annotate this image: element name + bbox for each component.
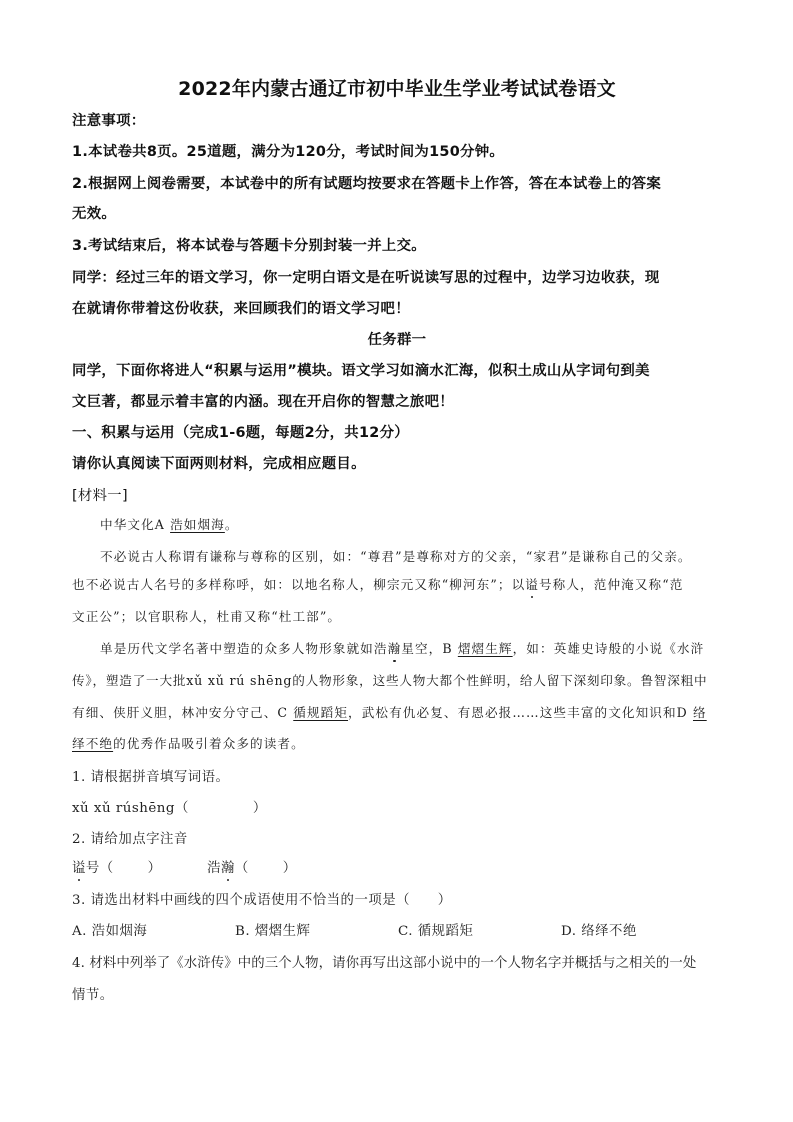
page-title: 2022年内蒙古通辽市初中毕业生学业考试试卷语文 bbox=[72, 74, 722, 101]
question-1-answer-line: xǔ xǔ rúshēng（） bbox=[72, 797, 267, 816]
text: （ bbox=[235, 861, 249, 876]
notice-heading: 注意事项： bbox=[72, 109, 145, 130]
section-heading: 一、积累与运用（完成1-6题，每题2分，共12分） bbox=[72, 421, 409, 442]
option-a[interactable]: A. 浩如烟海 bbox=[72, 920, 147, 939]
idiom-a: 浩如烟海 bbox=[170, 517, 225, 532]
close-paren: ） bbox=[253, 801, 267, 816]
task-group-heading: 任务群一 bbox=[72, 328, 722, 349]
notice-item-3: 3.考试结束后，将本试卷与答题卡分别封装一并上交。 bbox=[72, 234, 426, 255]
notice-item-1: 1.本试卷共8页。25道题，满分为120分，考试时间为150分钟。 bbox=[72, 140, 504, 161]
text: 有细、侠肝义胆，林冲安分守己、C bbox=[72, 705, 293, 720]
intro-line-1: 同学：经过三年的语文学习，你一定明白语文是在听说读写思的过程中，边学习边收获，现 bbox=[72, 266, 660, 287]
task-group-intro-2: 文巨著，都显示着丰富的内涵。现在开启你的智慧之旅吧！ bbox=[72, 390, 454, 411]
material-p1-prefix: 中华文化A bbox=[100, 517, 170, 532]
material-p1-suffix: 。 bbox=[225, 517, 239, 532]
text: 星空，B bbox=[401, 641, 458, 656]
material-p3-line1: 单是历代文学名著中塑造的众多人物形象就如浩瀚星空，B 熠熠生辉，如：英雄史诗般的… bbox=[72, 638, 704, 657]
question-2-items: 谥号（） 浩瀚（） bbox=[72, 857, 297, 876]
text: ，武松有仇必复、有恩必报……这些丰富的文化知识和D bbox=[348, 705, 693, 720]
emphasis-char: 谥 bbox=[72, 857, 86, 876]
text: ，如：英雄史诗般的小说《水浒 bbox=[513, 641, 705, 656]
option-b[interactable]: B. 熠熠生辉 bbox=[235, 920, 310, 939]
question-3-options: A. 浩如烟海 B. 熠熠生辉 C. 循规蹈矩 D. 络绎不绝 bbox=[72, 920, 722, 940]
notice-item-2-cont: 无效。 bbox=[72, 202, 116, 223]
idiom-c: 循规蹈矩 bbox=[293, 705, 348, 720]
text: 浩 bbox=[207, 861, 221, 876]
idiom-d-part1: 络 bbox=[693, 705, 707, 720]
material-p2-line3: 文正公”；以官职称人，杜甫又称“杜工部”。 bbox=[72, 606, 341, 625]
question-2-prompt: 2. 请给加点字注音 bbox=[72, 828, 188, 847]
close-paren: ） bbox=[148, 861, 162, 876]
material-label: [材料一] bbox=[72, 484, 128, 505]
emphasis-char: 谥 bbox=[525, 574, 539, 593]
section-instruction: 请你认真阅读下面两则材料，完成相应题目。 bbox=[72, 452, 366, 473]
material-p3-line3: 有细、侠肝义胆，林冲安分守己、C 循规蹈矩，武松有仇必复、有恩必报……这些丰富的… bbox=[72, 702, 707, 721]
material-p2-line1: 不必说古人称谓有谦称与尊称的区别，如：“尊君”是尊称对方的父亲，“家君”是谦称自… bbox=[72, 546, 692, 565]
text: 单是历代文学名著中塑造的众多人物形象就如浩 bbox=[100, 641, 388, 656]
option-d[interactable]: D. 络绎不绝 bbox=[561, 920, 637, 939]
emphasis-char: 瀚 bbox=[221, 857, 235, 876]
material-p3-line4: 绎不绝的优秀作品吸引着众多的读者。 bbox=[72, 733, 305, 752]
emphasis-char: 瀚 bbox=[388, 638, 402, 657]
question-4-line1: 4. 材料中列举了《水浒传》中的三个人物，请你再写出这部小说中的一个人物名字并概… bbox=[72, 952, 696, 971]
text: 的优秀作品吸引着众多的读者。 bbox=[113, 736, 305, 751]
question-1-prompt: 1. 请根据拼音填写词语。 bbox=[72, 766, 229, 785]
text: 号（ bbox=[86, 861, 114, 876]
close-paren: ） bbox=[283, 861, 297, 876]
text: 号称人，范仲淹又称“范 bbox=[539, 577, 683, 592]
question-4-line2: 情节。 bbox=[72, 984, 114, 1003]
material-p1: 中华文化A 浩如烟海。 bbox=[72, 514, 239, 533]
material-p2-line2: 也不必说古人名号的多样称呼，如：以地名称人，柳宗元又称“柳河东”；以谥号称人，范… bbox=[72, 574, 683, 593]
question-3-prompt: 3. 请选出材料中画线的四个成语使用不恰当的一项是（ ） bbox=[72, 889, 452, 908]
material-p3-line2: 传》，塑造了一大批xǔ xǔ rú shēng的人物形象，这些人物大都个性鲜明，… bbox=[72, 670, 707, 689]
text: 也不必说古人名号的多样称呼，如：以地名称人，柳宗元又称“柳河东”；以 bbox=[72, 577, 525, 592]
option-c[interactable]: C. 循规蹈矩 bbox=[398, 920, 473, 939]
task-group-intro-1: 同学，下面你将进人“积累与运用”模块。语文学习如滴水汇海，似积土成山从字词句到美 bbox=[72, 359, 650, 380]
idiom-d-part2: 绎不绝 bbox=[72, 736, 113, 751]
intro-line-2: 在就请你带着这份收获，来回顾我们的语文学习吧！ bbox=[72, 297, 410, 318]
notice-item-2: 2.根据网上阅卷需要，本试卷中的所有试题均按要求在答题卡上作答，答在本试卷上的答… bbox=[72, 172, 661, 193]
pinyin: xǔ xǔ rúshēng（ bbox=[72, 801, 189, 816]
idiom-b: 熠熠生辉 bbox=[458, 641, 513, 656]
